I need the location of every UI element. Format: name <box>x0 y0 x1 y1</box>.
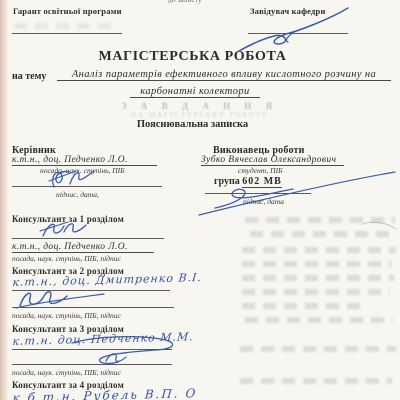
supervisor-signature-line <box>12 186 162 187</box>
consultant-2-signature-line <box>12 307 174 308</box>
top-clipped-note: до захисту <box>168 0 202 4</box>
bleed-through-row <box>240 378 392 384</box>
executor-signature <box>197 168 397 216</box>
bleed-through-row <box>242 275 394 281</box>
bleed-through-row <box>242 261 392 267</box>
executor-sign-caption: підпис, дата <box>243 197 284 206</box>
program-guarantor-label: Гарант освітньої програми <box>13 6 122 16</box>
consultant-1-caption: посада, наук. ступінь, ПІБ, підпис <box>12 254 121 263</box>
executor-name: Зубко Вячеслав Олександрович <box>201 155 344 166</box>
department-head-signature <box>236 5 352 55</box>
bleed-through-heading: З А В Д А Н Н Я <box>0 101 400 111</box>
consultant-1-name: к.т.н., доц. Педченко Л.О. <box>12 242 154 253</box>
supervisor-sign-caption: підпис, дата, <box>56 190 99 199</box>
bleed-through-row <box>242 289 390 295</box>
consultant-3-caption: посада, наук. ступінь, ПІБ, підпис <box>12 368 121 377</box>
bleed-through-row <box>14 23 114 29</box>
consultant-1-signature <box>38 220 88 240</box>
consultant-1-signature-line <box>12 238 164 239</box>
bleed-through-subheading: НА МАГІСТЕРСЬКУ РОБОТУ <box>0 111 400 119</box>
topic-line1: Аналіз параметрів ефективного впливу кис… <box>57 69 391 81</box>
consultant-3-signature-line <box>12 364 172 365</box>
bleed-through-row <box>242 247 396 253</box>
topic-line2: карбонатні колектори <box>130 86 260 98</box>
document-title: МАГІСТЕРСЬКА РОБОТА <box>0 49 385 65</box>
bleed-through-row <box>242 303 362 309</box>
consultant-3-signature <box>66 333 186 367</box>
supervisor-signature <box>46 167 104 191</box>
guarantor-signature-line <box>12 33 122 34</box>
bleed-through-row <box>240 346 396 352</box>
consultant-2-caption: посада, наук. ступінь, ПІБ, підпис <box>12 311 121 320</box>
explanatory-note-subtitle: Пояснювальна записка <box>0 119 385 130</box>
page-curl-artifact <box>355 219 400 247</box>
scanned-thesis-title-page: до захисту Гарант освітньої програми Зав… <box>0 0 400 400</box>
bleed-through-row <box>245 317 393 323</box>
supervisor-name: к.т.н., доц. Педченко Л.О. <box>12 155 157 166</box>
topic-prefix: на тему <box>12 71 46 82</box>
